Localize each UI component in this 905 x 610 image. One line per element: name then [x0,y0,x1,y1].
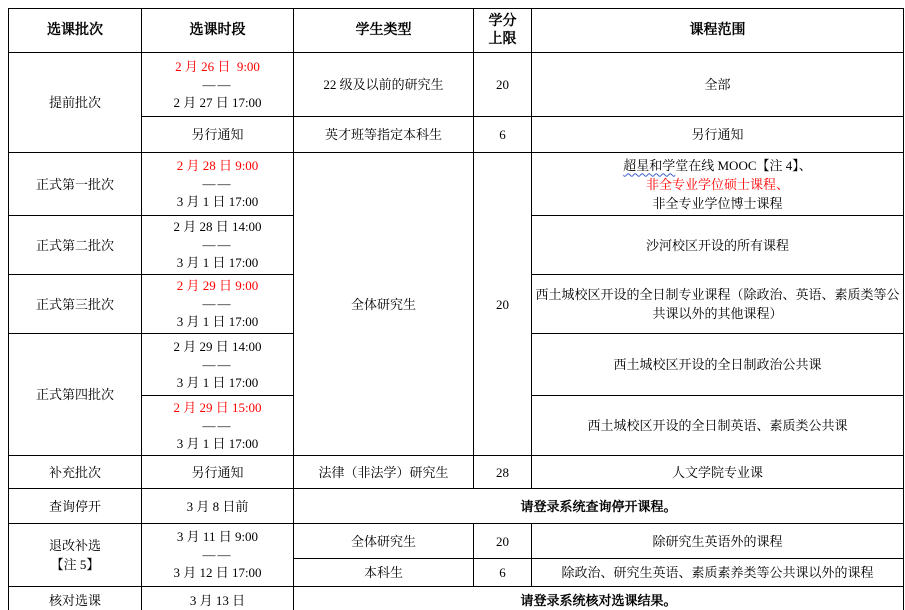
cell-adjust-b-student: 本科生 [294,559,474,587]
row-query-suspended: 查询停开 3 月 8 日前 请登录系统查询停开课程。 [9,489,904,524]
row-verify-selection: 核对选课 3 月 13 日 请登录系统核对选课结果。 [9,587,904,610]
cell-formal3-time: 2 月 29 日 9:00 —— 3 月 1 日 17:00 [142,275,294,334]
time-start: 2 月 29 日 14:00 [145,337,290,357]
time-dash: —— [145,77,290,93]
row-adjust-batch-a: 退改补选 【注 5】 3 月 11 日 9:00 —— 3 月 12 日 17:… [9,524,904,559]
cell-formal1-course: 超星和学堂在线 MOOC【注 4】、 非全专业学位硕士课程、 非全专业学位博士课… [532,153,904,216]
time-start: 2 月 29 日 9:00 [145,276,290,296]
cell-formal4b-course: 西土城校区开设的全日制英语、素质类公共课 [532,396,904,456]
cell-adjust-a-credit: 20 [474,524,532,559]
time-dash: —— [145,547,290,563]
row-formal-batch-1: 正式第一批次 2 月 28 日 9:00 —— 3 月 1 日 17:00 全体… [9,153,904,216]
header-row: 选课批次 选课时段 学生类型 学分 上限 课程范围 [9,9,904,53]
time-start: 2 月 28 日 14:00 [145,217,290,237]
cell-all-grad-credit: 20 [474,153,532,456]
time-dash: —— [145,357,290,373]
cell-supplement-course: 人文学院专业课 [532,456,904,489]
time-dash: —— [145,176,290,192]
cell-all-grad-student: 全体研究生 [294,153,474,456]
cell-verify-notice: 请登录系统核对选课结果。 [294,587,904,610]
cell-verify-time: 3 月 13 日 [142,587,294,610]
cell-formal2-time: 2 月 28 日 14:00 —— 3 月 1 日 17:00 [142,216,294,275]
cell-supplement-time: 另行通知 [142,456,294,489]
cell-early-batch-b-course: 另行通知 [532,117,904,153]
cell-formal4a-time: 2 月 29 日 14:00 —— 3 月 1 日 17:00 [142,334,294,396]
header-time: 选课时段 [142,9,294,53]
cell-early-batch-b-time: 另行通知 [142,117,294,153]
cell-adjust-a-student: 全体研究生 [294,524,474,559]
course-mooc-rest: 堂在线 MOOC【注 4】、 [675,158,812,173]
cell-early-batch-b-student: 英才班等指定本科生 [294,117,474,153]
cell-early-batch-time: 2 月 26 日 9:00 —— 2 月 27 日 17:00 [142,53,294,117]
cell-supplement-credit: 28 [474,456,532,489]
header-credit-limit: 学分 上限 [474,9,532,53]
cell-formal4-name: 正式第四批次 [9,334,142,456]
time-start: 2 月 29 日 15:00 [145,398,290,418]
cell-formal1-time: 2 月 28 日 9:00 —— 3 月 1 日 17:00 [142,153,294,216]
cell-early-batch-course: 全部 [532,53,904,117]
time-end: 3 月 1 日 17:00 [145,373,290,393]
header-student-type: 学生类型 [294,9,474,53]
course-line-2: 非全专业学位硕士课程、 [535,175,900,194]
cell-adjust-b-course: 除政治、研究生英语、素质素养类等公共课以外的课程 [532,559,904,587]
cell-formal4a-course: 西土城校区开设的全日制政治公共课 [532,334,904,396]
row-early-batch-a: 提前批次 2 月 26 日 9:00 —— 2 月 27 日 17:00 22 … [9,53,904,117]
cell-early-batch-b-credit: 6 [474,117,532,153]
cell-query-name: 查询停开 [9,489,142,524]
cell-early-batch-name: 提前批次 [9,53,142,153]
cell-supplement-name: 补充批次 [9,456,142,489]
cell-adjust-name: 退改补选 【注 5】 [9,524,142,587]
cell-adjust-time: 3 月 11 日 9:00 —— 3 月 12 日 17:00 [142,524,294,587]
cell-formal3-name: 正式第三批次 [9,275,142,334]
cell-early-batch-credit: 20 [474,53,532,117]
time-end: 3 月 1 日 17:00 [145,312,290,332]
cell-adjust-b-credit: 6 [474,559,532,587]
cell-query-time: 3 月 8 日前 [142,489,294,524]
time-start: 2 月 28 日 9:00 [145,156,290,176]
header-batch: 选课批次 [9,9,142,53]
cell-early-batch-student: 22 级及以前的研究生 [294,53,474,117]
time-dash: —— [145,418,290,434]
time-end: 3 月 1 日 17:00 [145,192,290,212]
cell-verify-name: 核对选课 [9,587,142,610]
time-end: 3 月 1 日 17:00 [145,253,290,273]
course-line-1: 超星和学堂在线 MOOC【注 4】、 [535,156,900,175]
header-course-scope: 课程范围 [532,9,904,53]
row-early-batch-b: 另行通知 英才班等指定本科生 6 另行通知 [9,117,904,153]
course-line-3: 非全专业学位博士课程 [535,194,900,213]
course-selection-schedule-table: 选课批次 选课时段 学生类型 学分 上限 课程范围 提前批次 2 月 26 日 … [8,8,904,610]
cell-formal4b-time: 2 月 29 日 15:00 —— 3 月 1 日 17:00 [142,396,294,456]
time-end: 3 月 1 日 17:00 [145,434,290,454]
time-end: 3 月 12 日 17:00 [145,563,290,583]
cell-query-notice: 请登录系统查询停开课程。 [294,489,904,524]
course-mooc-wavy-text: 超星和学 [623,158,675,173]
time-start: 3 月 11 日 9:00 [145,527,290,547]
time-end: 2 月 27 日 17:00 [145,93,290,113]
time-dash: —— [145,237,290,253]
cell-formal2-name: 正式第二批次 [9,216,142,275]
cell-formal1-name: 正式第一批次 [9,153,142,216]
row-supplement-batch: 补充批次 另行通知 法律（非法学）研究生 28 人文学院专业课 [9,456,904,489]
time-dash: —— [145,296,290,312]
cell-adjust-a-course: 除研究生英语外的课程 [532,524,904,559]
cell-formal3-course: 西土城校区开设的全日制专业课程（除政治、英语、素质类等公共课以外的其他课程） [532,275,904,334]
cell-formal2-course: 沙河校区开设的所有课程 [532,216,904,275]
cell-supplement-student: 法律（非法学）研究生 [294,456,474,489]
time-start: 2 月 26 日 9:00 [145,57,290,77]
